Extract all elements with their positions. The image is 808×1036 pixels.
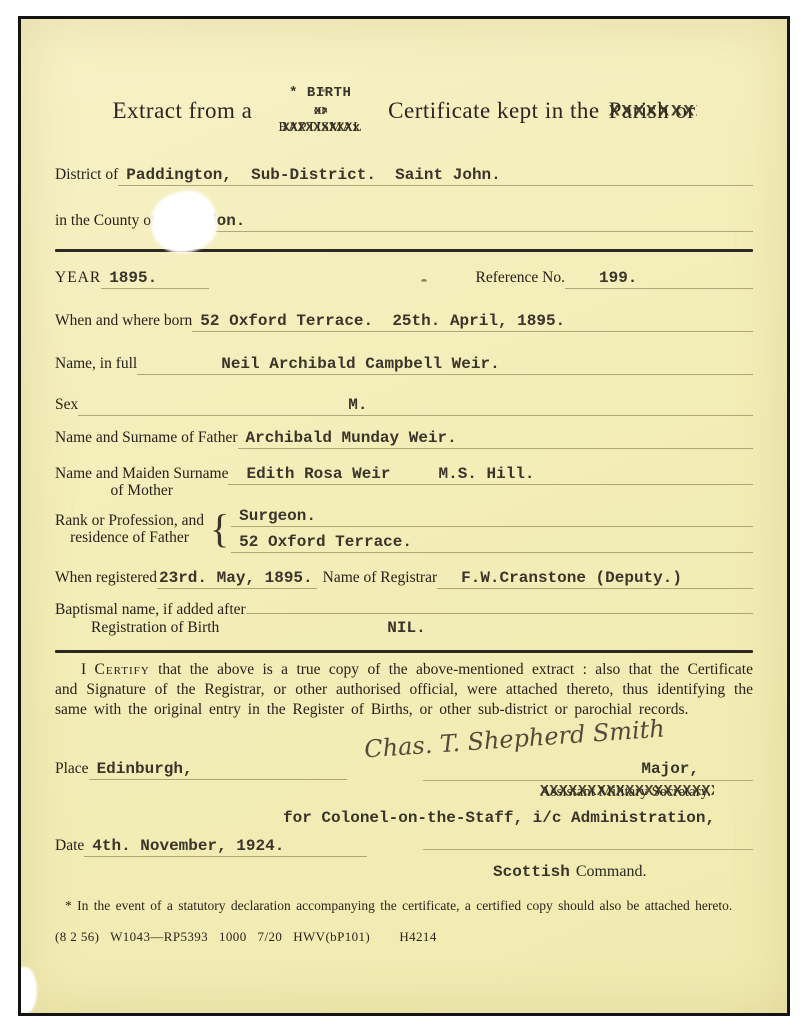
rank-title: Major, (641, 760, 699, 778)
name-label: Name, in full (55, 355, 137, 373)
date-group: Date 4th. November, 1924. (55, 837, 367, 857)
for-line-text: for Colonel-on-the-Staff, i/c Administra… (283, 809, 715, 827)
mother-label: Name and Maiden Surname of Mother (55, 465, 228, 499)
year-label: YEAR (55, 269, 101, 287)
district-row: District of Paddington, Sub-District. Sa… (55, 166, 753, 186)
struck-or: or xxx (314, 102, 327, 119)
struck-baptismal: BAPTISMAL XXXXXXXXXx (278, 119, 362, 136)
date-label: Date (55, 837, 84, 855)
certificate-page: Extract from a * BIRTH or xxx BAPTISMAL … (18, 16, 790, 1016)
rank-line-1: Surgeon. (231, 507, 753, 527)
command-row: ScottishCommand. (55, 863, 753, 881)
registered-line: 23rd. May, 1895. (157, 569, 317, 589)
reference-line: 199. (565, 269, 753, 289)
district-label: District of (55, 166, 118, 184)
paper-speck (321, 89, 325, 92)
registrar-label: Name of Registrar (323, 569, 438, 587)
mother-row: Name and Maiden Surname of Mother Edith … (55, 465, 753, 499)
registered-value: 23rd. May, 1895. (159, 569, 313, 587)
county-line: London. (156, 212, 753, 232)
name-value: Neil Archibald Campbell Weir. (145, 355, 499, 373)
place-row: Place Edinburgh, Major, (55, 760, 753, 781)
reference-value: 199. (573, 269, 637, 287)
title-prefix: Extract from a (112, 98, 252, 124)
secretary-row: Assistant Military Secretary. XXXXXXXXXX… (55, 783, 753, 801)
title-certificate-type-stack: * BIRTH or xxx BAPTISMAL XXXXXXXXXx (278, 85, 362, 136)
father-value: Archibald Munday Weir. (246, 429, 457, 447)
command-typed: Scottish (493, 863, 570, 881)
rank-row: Rank or Profession, and residence of Fat… (55, 505, 753, 553)
sex-row: Sex M. (55, 396, 753, 416)
year-line: 1895. (101, 269, 209, 289)
rank-value-profession: Surgeon. (239, 507, 316, 525)
father-row: Name and Surname of Father Archibald Mun… (55, 429, 753, 449)
rank-value-residence: 52 Oxford Terrace. (239, 533, 412, 551)
rank-line-2: 52 Oxford Terrace. (231, 533, 753, 553)
reference-label: Reference No. (475, 269, 565, 287)
sex-value: M. (86, 396, 367, 414)
title-suffix: Certificate kept in the (388, 98, 599, 124)
typed-birth-annotation: * BIRTH (289, 85, 351, 102)
date-row: Date 4th. November, 1924. (55, 836, 753, 857)
for-line: for Colonel-on-the-Staff, i/c Administra… (55, 809, 753, 827)
certification-section: I Certify that the above is a true copy … (55, 660, 753, 720)
name-row: Name, in full Neil Archibald Campbell We… (55, 355, 753, 375)
date-line: 4th. November, 1924. (84, 837, 367, 857)
paper-speck (541, 319, 545, 323)
registered-row: When registered 23rd. May, 1895. Name of… (55, 569, 753, 589)
registrar-signature: Chas. T. Shepherd Smith (363, 715, 665, 764)
paper-edge-notch (18, 967, 37, 1013)
brace-glyph: { (210, 507, 229, 551)
certification-text: I Certify that the above is a true copy … (55, 660, 753, 720)
mother-line: Edith Rosa Weir M.S. Hill. (228, 465, 753, 485)
struck-assistant-military-secretary: Assistant Military Secretary. XXXXXXXXXX… (540, 783, 711, 801)
place-line: Edinburgh, (89, 760, 347, 780)
name-line: Neil Archibald Campbell Weir. (137, 355, 753, 375)
command-printed: Command. (576, 863, 647, 880)
paper-speck (421, 279, 427, 282)
year-reference-row: YEAR 1895. Reference No. 199. (55, 269, 753, 289)
father-line: Archibald Munday Weir. (238, 429, 754, 449)
sex-label: Sex (55, 396, 78, 414)
sex-line: M. (78, 396, 753, 416)
blank-signature-line (423, 836, 753, 850)
print-code: (8 2 56) W1043—RP5393 1000 7/20 HWV(bP10… (55, 929, 753, 945)
mother-value: Edith Rosa Weir M.S. Hill. (236, 465, 534, 483)
born-label: When and where born (55, 312, 192, 330)
date-value: 4th. November, 1924. (92, 837, 284, 855)
district-value: Paddington, Sub-District. Saint John. (126, 166, 500, 184)
baptismal-value: NIL. (387, 619, 425, 637)
baptismal-line-1: Baptismal name, if added after (55, 601, 753, 619)
registrar-line: F.W.Cranstone (Deputy.) (437, 569, 753, 589)
footnote: * In the event of a statutory declaratio… (55, 898, 753, 914)
place-label: Place (55, 760, 89, 778)
rank-values: Surgeon. 52 Oxford Terrace. (231, 505, 753, 553)
county-label: in the County of (55, 212, 156, 230)
born-line: 52 Oxford Terrace. 25th. April, 1895. (192, 312, 753, 332)
baptismal-line (246, 612, 753, 614)
struck-parish-or: Parish or xxxxxxxxx (609, 98, 696, 124)
year-value: 1895. (109, 269, 157, 287)
registrar-value: F.W.Cranstone (Deputy.) (445, 569, 682, 587)
place-group: Place Edinburgh, (55, 760, 347, 780)
horizontal-rule (55, 249, 753, 252)
district-line: Paddington, Sub-District. Saint John. (118, 166, 753, 186)
horizontal-rule (55, 650, 753, 653)
father-label: Name and Surname of Father (55, 429, 238, 447)
document-title: Extract from a * BIRTH or xxx BAPTISMAL … (55, 85, 753, 136)
born-value: 52 Oxford Terrace. 25th. April, 1895. (200, 312, 565, 330)
born-row: When and where born 52 Oxford Terrace. 2… (55, 312, 753, 332)
paper-damage-blotch (151, 191, 217, 253)
baptismal-line-2: Registration of Birth NIL. (55, 619, 753, 637)
rank-label: Rank or Profession, and residence of Fat… (55, 512, 204, 546)
major-line: Major, (423, 760, 753, 781)
baptismal-row: Baptismal name, if added after Registrat… (55, 601, 753, 637)
registered-label: When registered (55, 569, 157, 587)
place-value: Edinburgh, (97, 760, 193, 778)
